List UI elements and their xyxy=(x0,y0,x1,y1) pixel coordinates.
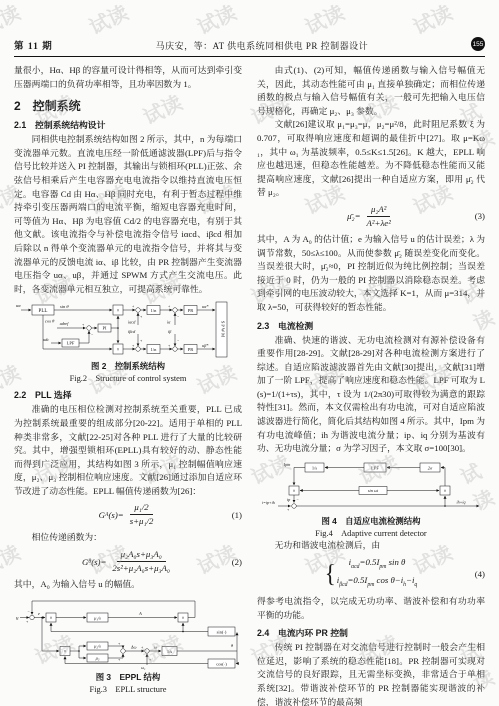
svg-text:μ₂/s: μ₂/s xyxy=(94,643,101,648)
section-heading-2: 2 控制系统 xyxy=(14,97,242,114)
subsection-heading-2-2: 2.2 PLL 选择 xyxy=(14,388,242,401)
svg-text:μ₁/s: μ₁/s xyxy=(94,615,101,620)
svg-text:cos(·): cos(·) xyxy=(216,661,227,666)
equation-4-line-2: iβcd=0.5Ipm cos θ−ih−iq xyxy=(337,574,418,591)
paragraph: 量很小，Hα、Hβ 的容量可设计得相等，从而可达到牵引变压器两端口的负荷功率相等… xyxy=(14,64,242,91)
svg-text:sin ωt: sin ωt xyxy=(368,488,379,493)
svg-text:iαcd: iαcd xyxy=(128,320,136,325)
svg-text:+: + xyxy=(118,641,121,646)
paragraph: 传统 PI 控制器在对交流信号进行控制时一般会产生相位延迟，影响了系统的稳态性能… xyxy=(257,641,485,706)
figure-3-caption-zh: 图 3 EPPL 结构 xyxy=(14,672,242,683)
svg-text:ip: ip xyxy=(287,497,290,502)
svg-text:×: × xyxy=(444,489,447,494)
equation-1: GA(s)=μ₁/2s+μ₁/2 (1) xyxy=(14,502,242,527)
paragraph: 准确、快速的谐波、无功电流检测对有源补偿设备有重要作用[28-29]。文献[28… xyxy=(257,334,485,456)
svg-text:LPF: LPF xyxy=(371,465,379,470)
svg-text:cos θ: cos θ xyxy=(45,319,55,324)
figure-2-caption-zh: 图 2 控制系统结构 xyxy=(14,361,242,372)
cases-brace: { xyxy=(325,559,336,588)
svg-text:×: × xyxy=(293,489,296,494)
svg-text:+: + xyxy=(26,619,29,624)
figure-2-control-structure: uα PLL sin θ cos θ udref + udc LPF − xyxy=(14,299,242,360)
two-column-body: 量很小，Hα、Hβ 的容量可设计得相等，从而可达到牵引变压器两端口的负荷功率相等… xyxy=(14,64,485,706)
svg-text:1/n: 1/n xyxy=(151,347,158,352)
svg-text:×: × xyxy=(64,650,67,655)
svg-text:+: + xyxy=(168,304,171,309)
subsection-heading-2-4: 2.4 电流内环 PR 控制 xyxy=(257,626,485,639)
figure-4-caption-en: Fig.4 Adaptive current detector xyxy=(257,528,485,539)
svg-text:θ: θ xyxy=(231,643,233,648)
svg-text:+: + xyxy=(141,644,144,649)
paragraph: 其中，A 为 A₀ 的估计值；e 为输入信号 u 的估计误差；λ 为调节常数，5… xyxy=(257,233,485,315)
svg-text:SPWM: SPWM xyxy=(221,321,226,338)
svg-text:+: + xyxy=(82,322,85,327)
svg-text:−: − xyxy=(297,497,300,502)
svg-text:Δω: Δω xyxy=(130,644,137,649)
svg-text:uβ*: uβ* xyxy=(202,343,209,348)
svg-text:+: + xyxy=(149,657,152,662)
issue-label: 第 11 期 xyxy=(14,38,53,52)
svg-text:+: + xyxy=(287,507,290,512)
equation-4: { iαcd=0.5Ipm sin θ iβcd=0.5Ipm cos θ−ih… xyxy=(257,556,485,591)
svg-text:−: − xyxy=(91,332,94,337)
figure-2-caption-en: Fig.2 Structure of control system xyxy=(14,373,242,384)
svg-text:μ₃: μ₃ xyxy=(96,655,100,660)
svg-text:×: × xyxy=(50,616,53,621)
svg-text:×: × xyxy=(117,309,120,314)
svg-text:2σ: 2σ xyxy=(428,465,433,470)
svg-text:Ipm: Ipm xyxy=(283,462,291,467)
svg-text:e: e xyxy=(38,611,40,616)
svg-text:i=ip+ih: i=ip+ih xyxy=(262,500,275,505)
figure-4-caption-zh: 图 4 自适应电流检测结构 xyxy=(257,516,485,527)
equation-3: μ̄₂=μ₂A²A²+λe² (3) xyxy=(257,204,485,229)
paragraph: 相位传递函数为： xyxy=(14,531,242,545)
svg-text:udc: udc xyxy=(43,337,49,342)
equation-number: (1) xyxy=(232,510,242,520)
equation-4-line-1: iαcd=0.5Ipm sin θ xyxy=(349,556,406,573)
left-column: 量很小，Hα、Hβ 的容量可设计得相等，从而可达到牵引变压器两端口的负荷功率相等… xyxy=(14,64,242,706)
svg-text:udref: udref xyxy=(60,321,70,326)
svg-text:+: + xyxy=(168,343,171,348)
page-number-badge: 155 xyxy=(471,37,485,51)
svg-text:sin θ: sin θ xyxy=(60,304,69,309)
paragraph: 得参考电流指令，以完成无功功率、谐波补偿和有功功率平衡的功能。 xyxy=(257,595,485,622)
figure-3-caption-en: Fig.3 EPLL structure xyxy=(14,684,242,695)
figure-4-adaptive-detector: 1/s LPF 2σ Ipm × × sin ωt ip xyxy=(257,459,485,515)
svg-text:PR: PR xyxy=(188,308,194,313)
svg-text:LPF: LPF xyxy=(67,341,75,346)
paragraph: 同相供电控制系统结构如图 2 所示，其中，n 为每端口变流器单元数。直流电压经一… xyxy=(14,133,242,296)
svg-text:iβ: iβ xyxy=(168,329,172,334)
svg-text:+: + xyxy=(140,314,143,319)
svg-text:uα: uα xyxy=(16,303,21,308)
equation-number: (2) xyxy=(232,557,242,567)
svg-text:PLL: PLL xyxy=(39,309,48,314)
svg-text:−: − xyxy=(28,609,31,614)
paragraph: 文献[26]建议取 μ₁=μ₃=μ，μ₂=μ²/8，此时阻尼系数 ξ 为 0.7… xyxy=(257,118,485,200)
svg-text:iα: iα xyxy=(167,320,171,325)
block-diagram-fig3: u + − e × μ₁/s A × sin(·) xyxy=(14,595,242,671)
svg-text:−: − xyxy=(177,338,180,343)
svg-text:1/s: 1/s xyxy=(167,649,173,654)
equation-number: (4) xyxy=(475,569,485,579)
svg-text:PI: PI xyxy=(102,326,107,331)
svg-text:1/n: 1/n xyxy=(151,308,158,313)
subsection-heading-2-1: 2.1 控制系统结构设计 xyxy=(14,118,242,131)
subsection-heading-2-3: 2.3 电流检测 xyxy=(257,319,485,332)
paper-page: { "watermark": "试读", "header": { "issue"… xyxy=(0,0,499,706)
paragraph: 无功和谐波电流检测后，由 xyxy=(257,539,485,553)
paragraph: 由式(1)、(2)可知，幅值传递函数与输入信号幅值无关，因此，其动态性能可由 μ… xyxy=(257,64,485,118)
svg-text:1/s: 1/s xyxy=(312,465,318,470)
figure-3-epll-structure: u + − e × μ₁/s A × sin(·) xyxy=(14,595,242,671)
svg-text:+: + xyxy=(132,343,135,348)
svg-text:ω: ω xyxy=(154,644,157,649)
paragraph: 准确的电压相位检测对控制系统至关重要，PLL 已成为控制系统最重要的组成部分[2… xyxy=(14,403,242,498)
svg-text:iβcd: iβcd xyxy=(128,329,136,334)
svg-text:×: × xyxy=(117,348,120,353)
svg-text:+: + xyxy=(132,304,135,309)
paragraph: 其中，A₀ 为输入信号 u 的幅值。 xyxy=(14,578,242,592)
page-header: 第 11 期 马庆安，等：AT 供电系统同相供电 PR 控制器设计 155 xyxy=(14,30,485,57)
svg-text:ω₁: ω₁ xyxy=(141,665,146,670)
svg-text:×: × xyxy=(182,616,185,621)
equation-number: (3) xyxy=(475,211,485,221)
running-title: 马庆安，等：AT 供电系统同相供电 PR 控制器设计 xyxy=(156,39,369,52)
block-diagram-fig2: uα PLL sin θ cos θ udref + udc LPF − xyxy=(14,299,242,360)
equation-2: Gθ(s)=μ₂A₀s+μ₃A₀2s²+μ₂A₀s+μ₃A₀ (2) xyxy=(14,549,242,574)
svg-text:uα*: uα* xyxy=(202,304,209,309)
svg-text:ih+iq: ih+iq xyxy=(457,499,466,504)
svg-text:A: A xyxy=(138,611,142,616)
block-diagram-fig4: 1/s LPF 2σ Ipm × × sin ωt ip xyxy=(261,459,481,515)
svg-text:−: − xyxy=(177,314,180,319)
svg-text:sin(·): sin(·) xyxy=(217,629,227,634)
svg-text:u: u xyxy=(16,616,19,621)
right-column: 由式(1)、(2)可知，幅值传递函数与输入信号幅值无关，因此，其动态性能可由 μ… xyxy=(257,64,485,706)
svg-text:PR: PR xyxy=(188,347,194,352)
svg-text:+: + xyxy=(140,338,143,343)
